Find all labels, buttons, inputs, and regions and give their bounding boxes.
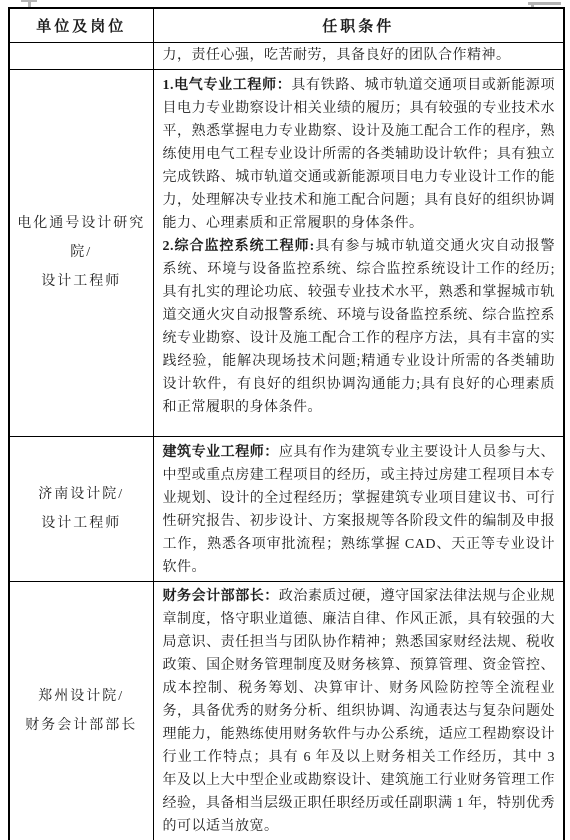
- table-row-jinan: 济南设计院/ 设计工程师 建筑专业工程师：应具有作为建筑专业主要设计人员参与大、…: [9, 436, 564, 581]
- requirement-paragraph: 1.电气专业工程师：具有铁路、城市轨道交通项目或新能源项目电力专业勘察设计相关业…: [163, 74, 556, 235]
- requirement-paragraph: 建筑专业工程师：应具有作为建筑专业主要设计人员参与大、中型或重点房建工程项目的经…: [163, 441, 556, 579]
- table-row-zhengzhou: 郑州设计院/ 财务会计部部长 财务会计部部长：政治素质过硬，遵守国家法律法规与企…: [9, 581, 564, 840]
- unit-cell: 济南设计院/ 设计工程师: [9, 436, 153, 581]
- requirement-text: 应具有作为建筑专业主要设计人员参与大、中型或重点房建工程项目的经历，或主持过房建…: [163, 445, 556, 575]
- position-name: 设计工程师: [14, 509, 149, 538]
- column-header-unit-position: 单位及岗位: [9, 8, 153, 42]
- position-name: 财务会计部部长: [14, 711, 149, 740]
- requirements-cell: 1.电气专业工程师：具有铁路、城市轨道交通项目或新能源项目电力专业勘察设计相关业…: [153, 69, 564, 436]
- requirement-heading: 建筑专业工程师：: [163, 445, 279, 460]
- unit-name: 济南设计院/: [14, 480, 149, 509]
- unit-name: 郑州设计院/: [14, 682, 149, 711]
- requirement-paragraph: 财务会计部部长：政治素质过硬，遵守国家法律法规与企业规章制度，恪守职业道德、廉洁…: [163, 585, 556, 838]
- position-name: 设计工程师: [14, 267, 149, 296]
- requirement-paragraph: 2.综合监控系统工程师:具有参与城市轨道交通火灾自动报警系统、环境与设备监控系统…: [163, 235, 556, 419]
- document-page: 单位及岗位 任职条件 力，责任心强，吃苦耐劳，具备良好的团队合作精神。 电化通号…: [0, 0, 570, 840]
- requirement-text: 政治素质过硬，遵守国家法律法规与企业规章制度，恪守职业道德、廉洁自律、作风正派，…: [163, 589, 556, 834]
- column-header-requirements: 任职条件: [153, 8, 564, 42]
- requirement-text: 具有铁路、城市轨道交通项目或新能源项目电力专业勘察设计相关业绩的履历；具有较强的…: [163, 78, 556, 231]
- job-requirements-table: 单位及岗位 任职条件 力，责任心强，吃苦耐劳，具备良好的团队合作精神。 电化通号…: [8, 7, 565, 840]
- requirements-cell: 力，责任心强，吃苦耐劳，具备良好的团队合作精神。: [153, 42, 564, 69]
- table-row-continuation: 力，责任心强，吃苦耐劳，具备良好的团队合作精神。: [9, 42, 564, 69]
- table-header-row: 单位及岗位 任职条件: [9, 8, 564, 42]
- requirement-heading: 1.电气专业工程师：: [163, 78, 292, 93]
- requirements-cell: 财务会计部部长：政治素质过硬，遵守国家法律法规与企业规章制度，恪守职业道德、廉洁…: [153, 581, 564, 840]
- requirement-heading: 2.综合监控系统工程师:: [163, 239, 315, 254]
- unit-cell: 郑州设计院/ 财务会计部部长: [9, 581, 153, 840]
- unit-cell-empty: [9, 42, 153, 69]
- unit-cell: 电化通号设计研究院/ 设计工程师: [9, 69, 153, 436]
- requirements-cell: 建筑专业工程师：应具有作为建筑专业主要设计人员参与大、中型或重点房建工程项目的经…: [153, 436, 564, 581]
- unit-name: 电化通号设计研究院/: [14, 209, 149, 267]
- requirement-heading: 财务会计部部长：: [163, 589, 279, 604]
- requirement-text: 具有参与城市轨道交通火灾自动报警系统、环境与设备监控系统、综合监控系统设计工作的…: [163, 239, 556, 415]
- requirement-paragraph: 力，责任心强，吃苦耐劳，具备良好的团队合作精神。: [163, 44, 556, 67]
- table-row-dianhua-tonghao: 电化通号设计研究院/ 设计工程师 1.电气专业工程师：具有铁路、城市轨道交通项目…: [9, 69, 564, 436]
